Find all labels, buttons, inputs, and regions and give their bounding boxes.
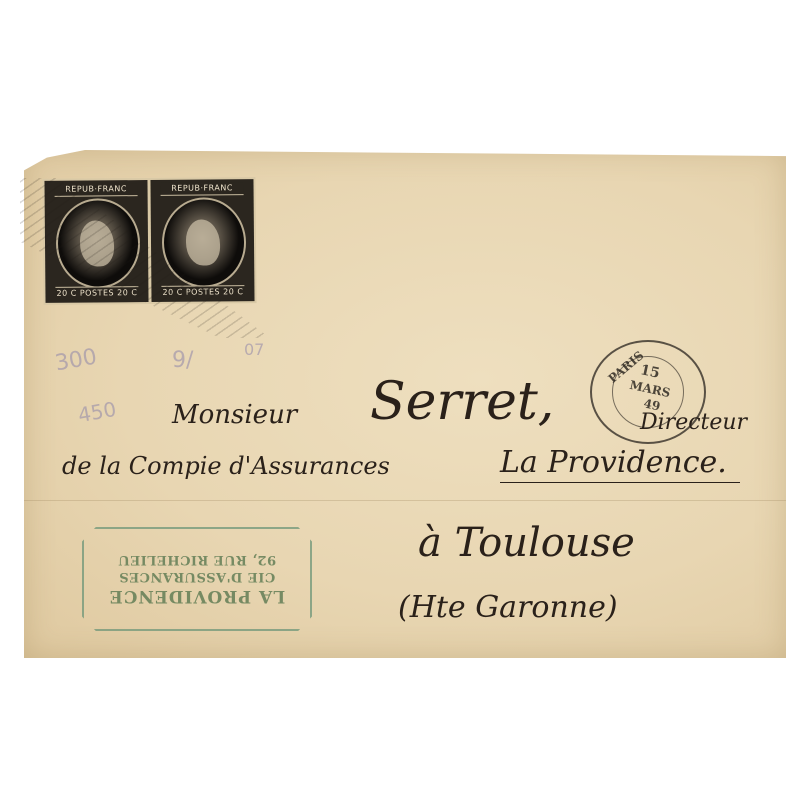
cachet-line-2: CIE D'ASSURANCES (84, 569, 310, 584)
providence-cachet: LA PROVIDENCE CIE D'ASSURANCES 92, RUE R… (82, 527, 312, 631)
address-company: La Providence. (500, 445, 727, 480)
company-underline (500, 482, 740, 483)
address-name: Serret, (370, 372, 554, 432)
stamp-bottom-label: 20 C POSTES 20 C (55, 286, 138, 300)
ceres-portrait (162, 197, 247, 288)
address-city: à Toulouse (418, 520, 635, 566)
ceres-portrait (56, 198, 141, 289)
stamp-bottom-label: 20 C POSTES 20 C (161, 285, 244, 299)
address-department: (Hte Garonne) (398, 590, 618, 625)
address-title: Directeur (640, 410, 747, 435)
stamp-top-label: REPUB·FRANC (160, 182, 243, 196)
stamp-ceres-2: REPUB·FRANC 20 C POSTES 20 C (150, 179, 254, 302)
fold-line (24, 500, 786, 501)
pencil-note-4: 07 (244, 340, 264, 359)
cachet-line-1: LA PROVIDENCE (84, 586, 310, 606)
address-company-prefix: de la Compie d'Assurances (62, 452, 390, 480)
stamp-ceres-1: REPUB·FRANC 20 C POSTES 20 C (44, 180, 148, 303)
stamp-top-label: REPUB·FRANC (54, 183, 137, 197)
cachet-line-3: 92, RUE RICHELIEU (84, 552, 310, 567)
address-salutation: Monsieur (172, 400, 297, 430)
pencil-note-3: 9/ (172, 348, 193, 373)
stamp-pair: REPUB·FRANC 20 C POSTES 20 C REPUB·FRANC… (44, 179, 254, 303)
